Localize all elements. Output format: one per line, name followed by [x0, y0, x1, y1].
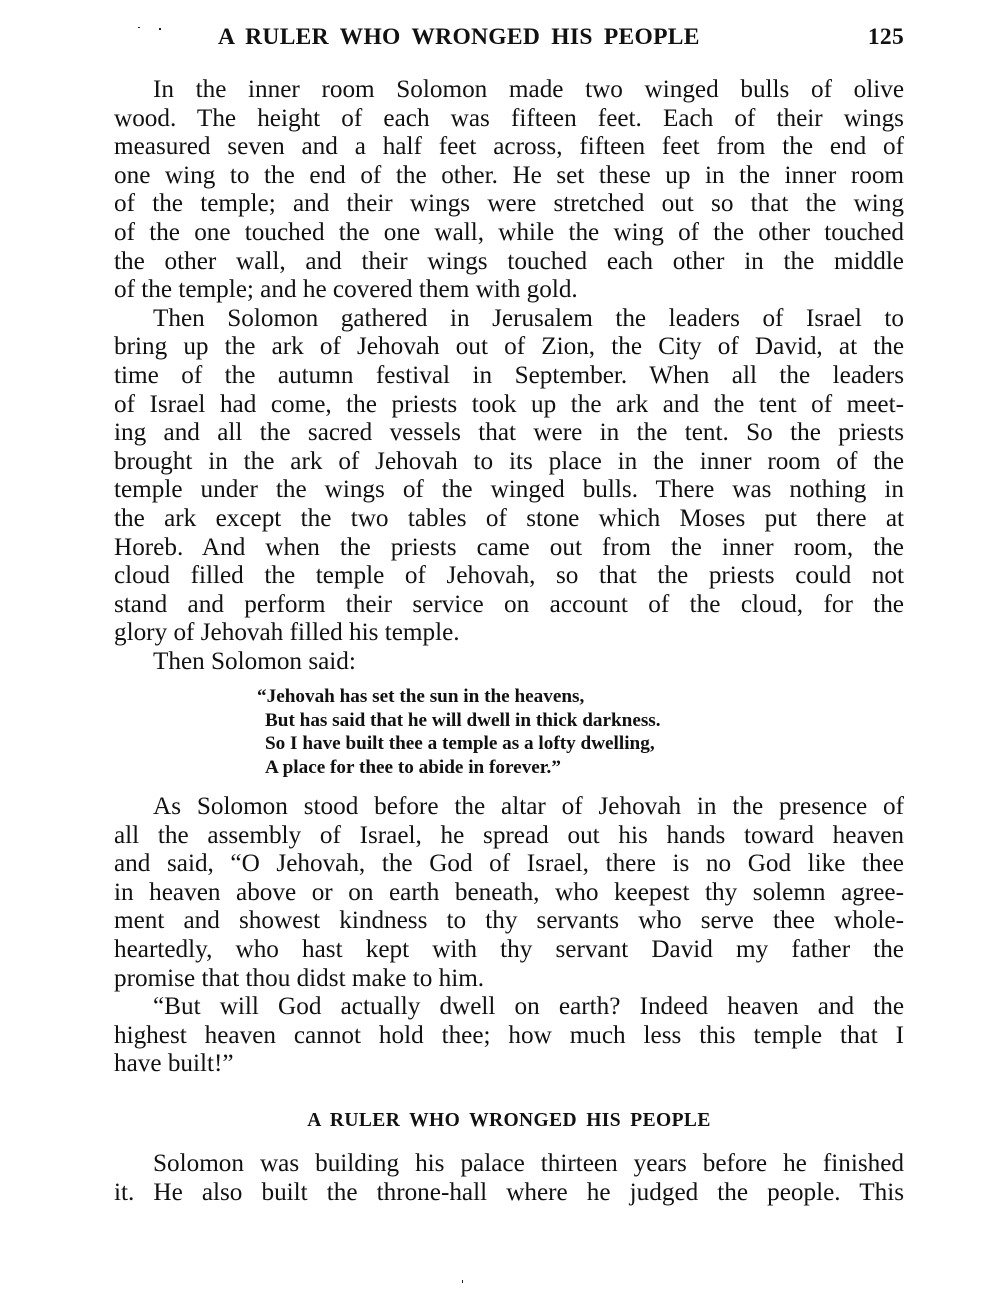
text-line: of the temple; and their wings were stre…: [114, 190, 904, 219]
text-line: heartedly, who hast kept with thy servan…: [114, 936, 904, 965]
text-line: glory of Jehovah filled his temple.: [114, 619, 904, 648]
text-line: time of the autumn festival in September…: [114, 362, 904, 391]
text-line: cloud filled the temple of Jehovah, so t…: [114, 562, 904, 591]
text-line: Then Solomon gathered in Jerusalem the l…: [114, 305, 904, 334]
text-line: the other wall, and their wings touched …: [114, 248, 904, 277]
paragraph-ark: Then Solomon gathered in Jerusalem the l…: [114, 305, 904, 648]
running-head-title: A RULER WHO WRONGED HIS PEOPLE: [218, 24, 700, 51]
verse-line: But has said that he will dwell in thick…: [257, 709, 904, 732]
verse-line: So I have built thee a temple as a lofty…: [257, 732, 904, 755]
text-line: one wing to the end of the other. He set…: [114, 162, 904, 191]
verse-line: A place for thee to abide in forever.”: [257, 756, 904, 779]
text-line: ment and showest kindness to thy servant…: [114, 907, 904, 936]
running-head: A RULER WHO WRONGED HIS PEOPLE 125: [114, 24, 904, 58]
paragraph-solomon-said: Then Solomon said:: [114, 648, 904, 677]
scan-speck: [462, 1280, 463, 1283]
paragraph-altar-prayer: As Solomon stood before the altar of Jeh…: [114, 793, 904, 993]
paragraph-dwell-on-earth: “But will God actually dwell on earth? I…: [114, 993, 904, 1079]
section-heading: A RULER WHO WRONGED HIS PEOPLE: [114, 1109, 904, 1133]
text-line: in heaven above or on earth beneath, who…: [114, 879, 904, 908]
text-line: As Solomon stood before the altar of Jeh…: [114, 793, 904, 822]
page-number: 125: [868, 24, 904, 51]
text-line: of Israel had come, the priests took up …: [114, 391, 904, 420]
text-line: “But will God actually dwell on earth? I…: [114, 993, 904, 1022]
text-line: Horeb. And when the priests came out fro…: [114, 534, 904, 563]
scan-speck: [159, 28, 161, 30]
text-line: highest heaven cannot hold thee; how muc…: [114, 1022, 904, 1051]
text-line: measured seven and a half feet across, f…: [114, 133, 904, 162]
text-line: Then Solomon said:: [114, 648, 904, 677]
paragraph-winged-bulls: In the inner room Solomon made two winge…: [114, 76, 904, 305]
text-line: In the inner room Solomon made two winge…: [114, 76, 904, 105]
text-line: stand and perform their service on accou…: [114, 591, 904, 620]
text-line: all the assembly of Israel, he spread ou…: [114, 822, 904, 851]
text-line: wood. The height of each was fifteen fee…: [114, 105, 904, 134]
text-line: promise that thou didst make to him.: [114, 965, 904, 994]
body-text: In the inner room Solomon made two winge…: [114, 76, 904, 1207]
text-line: the ark except the two tables of stone w…: [114, 505, 904, 534]
text-line: bring up the ark of Jehovah out of Zion,…: [114, 333, 904, 362]
text-line: temple under the wings of the winged bul…: [114, 476, 904, 505]
text-line: it. He also built the throne-hall where …: [114, 1179, 904, 1208]
text-line: of the one touched the one wall, while t…: [114, 219, 904, 248]
text-line: brought in the ark of Jehovah to its pla…: [114, 448, 904, 477]
text-line: ing and all the sacred vessels that were…: [114, 419, 904, 448]
paragraph-palace: Solomon was building his palace thirteen…: [114, 1150, 904, 1207]
text-line: Solomon was building his palace thirteen…: [114, 1150, 904, 1179]
text-line: have built!”: [114, 1050, 904, 1079]
verse-quotation: “Jehovah has set the sun in the heavens,…: [114, 685, 904, 779]
verse-line: “Jehovah has set the sun in the heavens,: [257, 685, 904, 708]
text-line: and said, “O Jehovah, the God of Israel,…: [114, 850, 904, 879]
text-line: of the temple; and he covered them with …: [114, 276, 904, 305]
scan-speck: [138, 27, 140, 28]
